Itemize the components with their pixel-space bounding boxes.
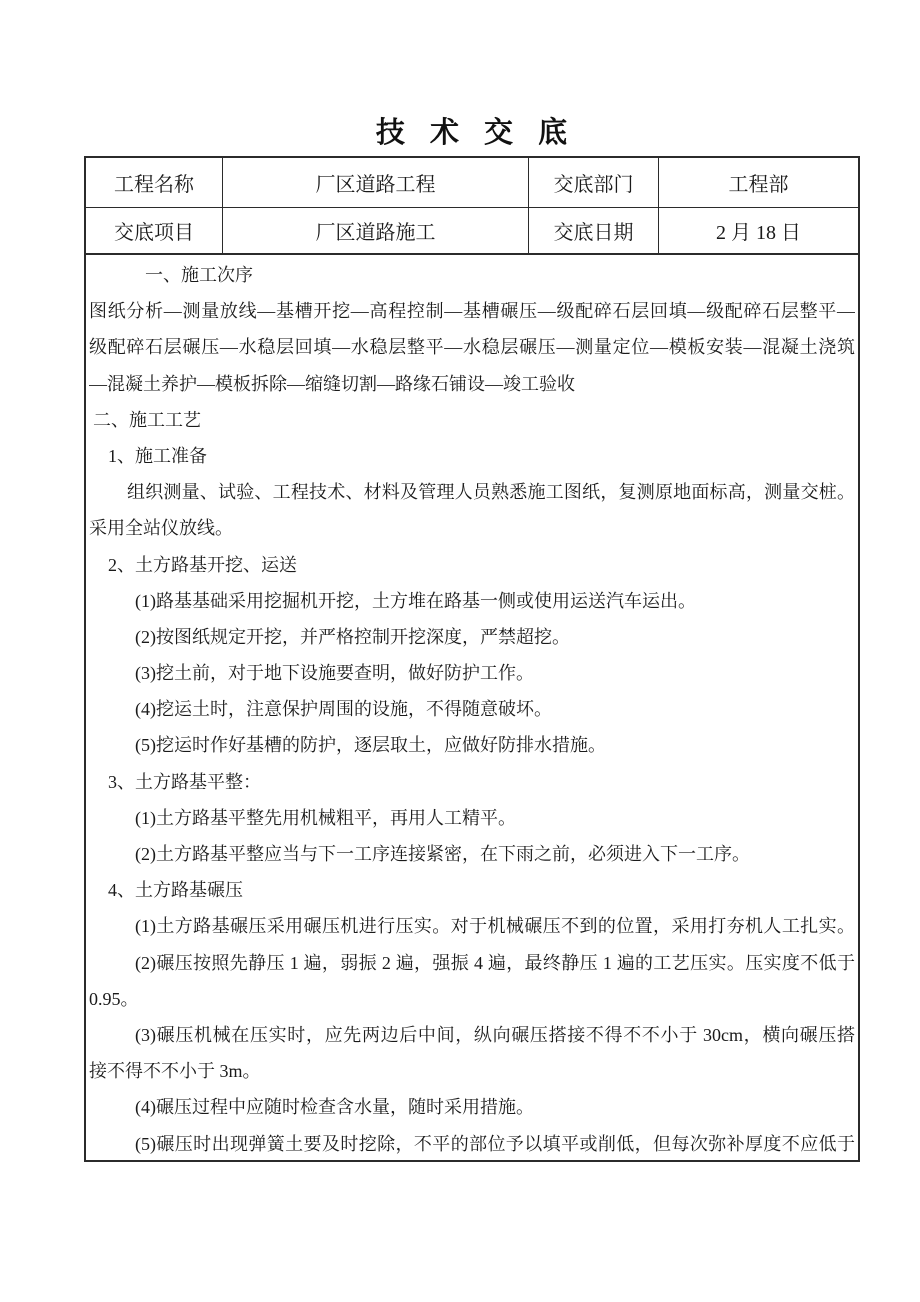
construction-sequence-line: —混凝土养护—模板拆除—缩缝切割—路缘石铺设—竣工验收 xyxy=(89,366,855,402)
section-2-heading: 二、施工工艺 xyxy=(89,402,855,438)
paragraph-line: 0.95。 xyxy=(89,981,855,1017)
list-item: (2)土方路基平整应当与下一工序连接紧密，在下雨之前，必须进入下一工序。 xyxy=(89,836,855,872)
list-item: (3)挖土前，对于地下设施要查明，做好防护工作。 xyxy=(89,655,855,691)
project-name-label: 工程名称 xyxy=(86,158,223,208)
paragraph-line: 接不得不不小于 3m。 xyxy=(89,1053,855,1089)
document-body: 一、施工次序 图纸分析—测量放线—基槽开挖—高程控制—基槽碾压—级配碎石层回填—… xyxy=(86,255,858,1160)
list-item: (1)路基基础采用挖掘机开挖，土方堆在路基一侧或使用运送汽车运出。 xyxy=(89,583,855,619)
document-page: 技 术 交 底 工程名称 厂区道路工程 交底部门 工程部 交底项目 厂区道路施工… xyxy=(0,0,920,1302)
list-item: (4)挖运土时，注意保护周围的设施，不得随意破坏。 xyxy=(89,691,855,727)
paragraph-line: 组织测量、试验、工程技术、材料及管理人员熟悉施工图纸，复测原地面标高，测量交桩。 xyxy=(89,474,855,510)
project-name-value: 厂区道路工程 xyxy=(223,158,529,208)
list-item: (5)挖运时作好基槽的防护，逐层取土，应做好防排水措施。 xyxy=(89,727,855,763)
disclosure-date-label: 交底日期 xyxy=(529,208,659,253)
subsection-4-heading: 4、土方路基碾压 xyxy=(89,872,855,908)
technical-disclosure-table: 工程名称 厂区道路工程 交底部门 工程部 交底项目 厂区道路施工 交底日期 2 … xyxy=(84,156,860,1162)
construction-sequence-line: 图纸分析—测量放线—基槽开挖—高程控制—基槽碾压—级配碎石层回填—级配碎石层整平… xyxy=(89,293,855,329)
list-item: (2)碾压按照先静压 1 遍，弱振 2 遍，强振 4 遍，最终静压 1 遍的工艺… xyxy=(89,945,855,981)
list-item: (1)土方路基碾压采用碾压机进行压实。对于机械碾压不到的位置，采用打夯机人工扎实… xyxy=(89,908,855,944)
document-title: 技 术 交 底 xyxy=(84,110,860,151)
list-item: (1)土方路基平整先用机械粗平，再用人工精平。 xyxy=(89,800,855,836)
list-item: (2)按图纸规定开挖，并严格控制开挖深度，严禁超挖。 xyxy=(89,619,855,655)
subsection-3-heading: 3、土方路基平整： xyxy=(89,764,855,800)
list-item: (5)碾压时出现弹簧土要及时挖除，不平的部位予以填平或削低，但每次弥补厚度不应低… xyxy=(89,1126,855,1161)
paragraph-line: 采用全站仪放线。 xyxy=(89,510,855,546)
disclosure-date-value: 2 月 18 日 xyxy=(659,208,858,253)
disclosure-dept-value: 工程部 xyxy=(659,158,858,208)
subsection-1-heading: 1、施工准备 xyxy=(89,438,855,474)
section-1-heading: 一、施工次序 xyxy=(89,257,855,293)
construction-sequence-line: 级配碎石层碾压—水稳层回填—水稳层整平—水稳层碾压—测量定位—模板安装—混凝土浇… xyxy=(89,329,855,365)
disclosure-item-label: 交底项目 xyxy=(86,208,223,253)
header-info-grid: 工程名称 厂区道路工程 交底部门 工程部 交底项目 厂区道路施工 交底日期 2 … xyxy=(86,158,858,255)
disclosure-item-value: 厂区道路施工 xyxy=(223,208,529,253)
list-item: (4)碾压过程中应随时检查含水量，随时采用措施。 xyxy=(89,1089,855,1125)
subsection-2-heading: 2、土方路基开挖、运送 xyxy=(89,547,855,583)
list-item: (3)碾压机械在压实时，应先两边后中间，纵向碾压搭接不得不不小于 30cm，横向… xyxy=(89,1017,855,1053)
disclosure-dept-label: 交底部门 xyxy=(529,158,659,208)
